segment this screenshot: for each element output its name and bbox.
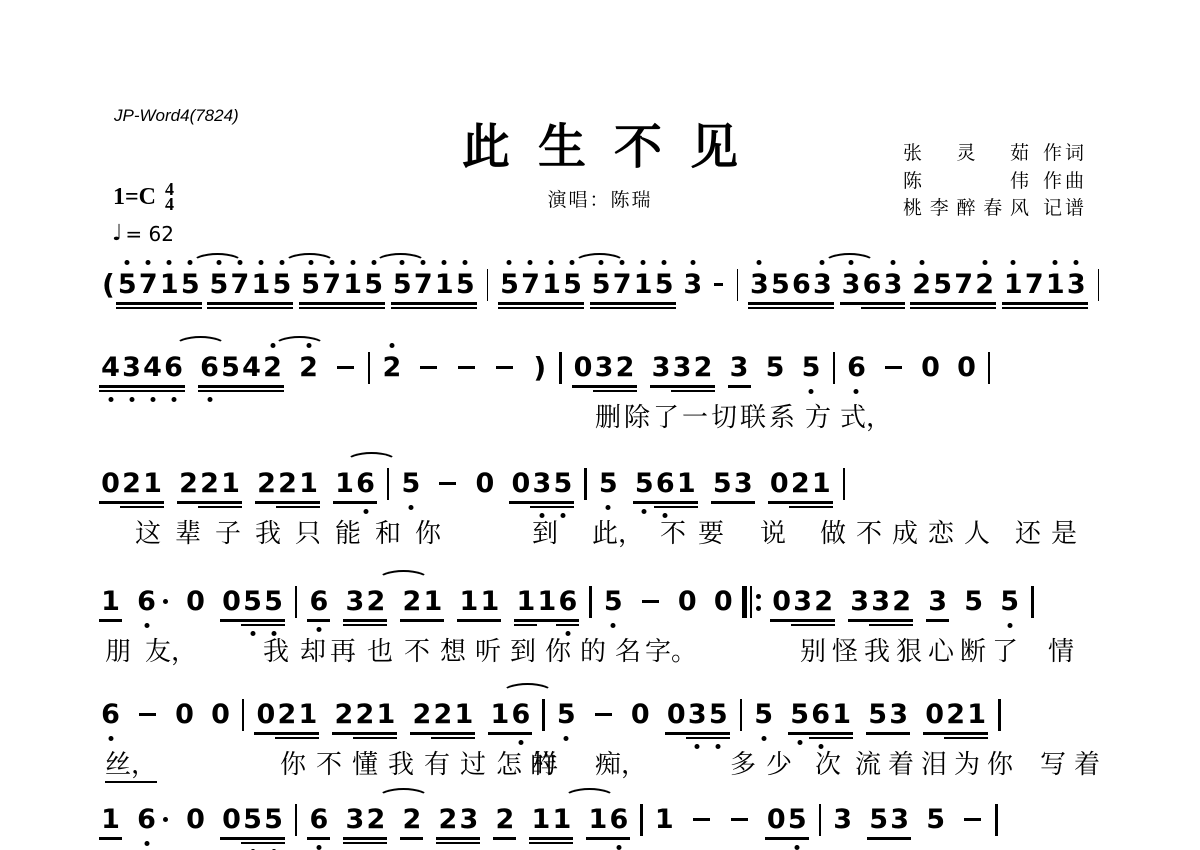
note-digit: 0 [101,468,120,499]
key-tonic: 1=C [113,184,156,211]
note: 3 [888,698,909,731]
lyric-segment: 字。 [645,631,697,668]
beam-line [219,385,242,387]
beam-line [297,501,320,503]
beam-line [748,307,771,309]
note-digit: 3 [734,468,753,499]
note: 1 [541,268,562,301]
beam-line [207,302,230,304]
note-digit: 3 [750,269,769,300]
beam-line [412,307,435,309]
beam-line [158,307,181,309]
lyric-segment: 也 [367,631,393,668]
beam-line [686,737,709,739]
beam-line [769,307,792,309]
lyric-segment: 丝， [105,744,157,783]
note: 7 [321,268,342,301]
octave-dot-below [761,736,766,741]
note-digit: 1 [812,468,831,499]
note: 2 [813,585,834,618]
note-digit: 2 [277,699,296,730]
note-digit: 4 [101,352,120,383]
note-digit: 1 [299,468,318,499]
tempo-value: = 62 [125,222,174,246]
beam-line [364,624,387,626]
note: 1 [250,268,271,301]
tempo-marking: ♩ = 62 [112,221,174,246]
note-digit: 1 [160,269,179,300]
octave-dot-above [329,260,334,265]
note-digit: 5 [557,699,576,730]
note-digit: 7 [954,269,973,300]
note-digit: 3 [683,269,702,300]
note: 2 [121,467,142,500]
beam-line [551,506,574,508]
octave-dot-above [442,260,447,265]
note-digit: 5 [754,699,773,730]
beam-group: 021 [769,467,832,500]
note-digit: 0 [770,468,789,499]
beam-line [198,501,221,503]
beam-line [116,302,139,304]
note-digit: 5 [243,586,262,617]
beam-line [789,501,812,503]
note: 5 [208,268,229,301]
note-digit: 5 [273,269,292,300]
beam-line [431,737,454,739]
beam-line [686,732,709,734]
octave-dot-below [408,505,413,510]
beam-line [198,385,221,387]
key-signature: 1=C 4 4 [113,182,174,212]
note-digit: 0 [222,586,241,617]
beam-line [671,390,694,392]
note-digit: 6 [863,269,882,300]
note-digit: 7 [322,269,341,300]
beam-line [550,842,573,844]
lyric-segment: 说 [760,513,786,550]
beam-line [452,737,475,739]
beam-line [692,385,715,387]
note: 5 [242,803,263,836]
beam-group: 116 [515,585,578,618]
beam-line [593,390,616,392]
note: 3 [812,268,833,301]
note: 5 [263,803,284,836]
beam-line [812,624,835,626]
note: 4 [241,351,262,384]
beam-line [410,732,433,734]
lyric-segment: 式， [840,397,892,434]
beam-line [137,307,160,309]
beam-group: 11 [530,803,572,836]
note: 7 [229,268,250,301]
note: 1 [458,585,479,618]
lyric-segment: 不 [404,631,430,668]
beam-line [867,837,890,839]
note-digit: 0 [211,699,230,730]
beam-line [952,302,975,304]
beam-group: 221 [256,467,319,500]
note: 5 [712,467,733,500]
beam-group: 035 [510,467,573,500]
beam-line [572,385,595,387]
note-digit: 2 [495,804,514,835]
beam-line [341,307,364,309]
beam-line [343,837,366,839]
note: 2 [494,803,515,836]
beam-line [530,501,553,503]
composer-name: 陈伟 [903,168,1029,196]
beam-group: 53 [867,698,909,731]
note: 2 [615,351,636,384]
beam-line [120,390,143,392]
beam-line [890,624,913,626]
note-digit: 3 [345,586,364,617]
note: 5 [634,467,655,500]
lyric-segment: 朋 [105,631,131,668]
beam-line [550,837,573,839]
beam-line [220,837,243,839]
beam-group: 21 [401,585,443,618]
dash-note [458,366,475,369]
beam-line [887,732,910,734]
beam-line [454,307,477,309]
note: 5 [868,803,889,836]
note-digit: 5 [788,804,807,835]
lyric-segment: 再 [330,631,356,668]
beam-line [923,732,946,734]
beam-group: 4346 [100,351,184,384]
beam-line [333,501,356,503]
beam-line [654,501,677,503]
augmentation-dot [163,817,168,822]
note: 3 [889,803,910,836]
octave-dot-above [528,260,533,265]
note: 5 [242,585,263,618]
transcriber-name: 桃李醉春风 [903,195,1029,223]
note-digit: 2 [366,804,385,835]
note-digit: 3 [673,352,692,383]
dash-note [642,600,659,603]
octave-dot-above [891,260,896,265]
beam-line [433,307,456,309]
barline [1031,586,1033,618]
note: 5 [400,467,421,500]
beam-line [869,624,892,626]
note: 1 [633,268,654,301]
beam-group: 032 [771,585,834,618]
notes-line: 0212212211650035556153021 [100,451,1110,500]
beam-line [711,501,734,503]
note-digit: 1 [101,586,120,617]
beam-line [728,385,751,387]
octave-dot-below [854,389,859,394]
beam-group: 021 [100,467,163,500]
beam-group: 11 [458,585,500,618]
beam-line [457,837,480,839]
octave-dot-above [308,260,313,265]
note: 0 [100,467,121,500]
note-digit: 6 [137,586,156,617]
note-digit: 2 [412,699,431,730]
note-digit: 1 [480,586,499,617]
beam-group: 032 [573,351,636,384]
note: 3 [1066,268,1087,301]
barline [998,699,1000,731]
note-digit: 5 [553,468,572,499]
beam-line [861,302,884,304]
note-digit: 5 [210,269,229,300]
dash-note [496,366,513,369]
note-digit: 7 [521,269,540,300]
octave-dot-above [306,343,311,348]
octave-dot-above [641,260,646,265]
note-digit: 1 [143,468,162,499]
barline [387,468,389,500]
note-digit: 3 [532,468,551,499]
note-digit: 3 [889,699,908,730]
note-digit: 5 [563,269,582,300]
beam-line [179,307,202,309]
octave-dot-above [258,260,263,265]
note: 2 [693,351,714,384]
barline [740,699,742,731]
lyric-segment: 流着泪为你 [855,744,1020,781]
beam-line [137,302,160,304]
beam-line [529,837,552,839]
octave-dot-above [919,260,924,265]
note-digit: 3 [688,699,707,730]
note: 0 [510,467,531,500]
note: 1 [453,698,474,731]
note: 2 [401,585,422,618]
note-digit: 2 [402,586,421,617]
beam-line [158,302,181,304]
beam-group: 5715 [499,268,583,301]
note: 3 [870,585,891,618]
note: 1 [1045,268,1066,301]
note-digit: 0 [772,586,791,617]
beam-line [219,506,242,508]
note: 5 [180,268,201,301]
note: 1 [220,467,241,500]
beam-line [454,302,477,304]
beam-group: 16 [587,803,629,836]
beam-line [1002,302,1025,304]
note: 5 [867,698,888,731]
note: 2 [432,698,453,731]
beam-line [556,619,579,621]
beam-line [270,302,293,304]
note: 3 [849,585,870,618]
note: 3 [531,467,552,500]
note-digit: 2 [791,468,810,499]
note-digit: 6 [847,352,866,383]
note-digit: 2 [892,586,911,617]
beam-line [556,624,579,626]
beam-line [220,619,243,621]
note: 3 [792,585,813,618]
beam-line [241,837,264,839]
beam-line [261,390,284,392]
barline [242,699,244,731]
beam-group: 16 [489,698,531,731]
beam-line [768,501,791,503]
note-digit: 1 [516,586,535,617]
beam-line [141,390,164,392]
beam-line [529,842,552,844]
lyric-segment: 此， [592,513,644,550]
note-digit: 2 [912,269,931,300]
note: 1 [587,803,608,836]
beam-line [341,302,364,304]
beam-line [457,619,480,621]
beam-line [320,307,343,309]
note: 2 [256,467,277,500]
note: 5 [999,585,1020,618]
note-digit: 3 [813,269,832,300]
octave-dot-below [795,845,800,850]
beam-line [614,390,637,392]
note-digit: 5 [933,269,952,300]
beam-line [343,619,366,621]
beam-line [551,501,574,503]
octave-dot-above [167,260,172,265]
note-digit: 1 [634,269,653,300]
octave-dot-below [316,845,321,850]
beam-line [952,307,975,309]
beam-line [509,501,532,503]
note: 0 [221,803,242,836]
note-digit: 0 [574,352,593,383]
beam-line [353,732,376,734]
lyrics-line: 这辈子我只能和你到此，不要说做不成恋人还是 [100,513,1110,545]
note-digit: 0 [921,352,940,383]
lyrics-line: 丝，你不懂我有过怎样的痴，多少次流着泪为你写着 [100,744,1110,776]
note: 5 [271,268,292,301]
note-digit: 2 [382,352,401,383]
note-digit: 1 [967,699,986,730]
beam-line [452,732,475,734]
beam-line [141,501,164,503]
beam-group: 6542 [199,351,283,384]
score-row: 160055632223211161053535 [100,787,1110,836]
note-digit: 1 [490,699,509,730]
repeat-dots [756,586,761,618]
barline [995,804,997,836]
note: 7 [138,268,159,301]
octave-dot-below [1007,623,1012,628]
octave-dot-below [606,505,611,510]
beam-line [436,842,459,844]
note: 7 [413,268,434,301]
beam-line [99,837,122,839]
octave-dot-above [662,260,667,265]
beam-line [1044,302,1067,304]
beam-line [116,307,139,309]
octave-dot-below [144,623,149,628]
note: 5 [363,268,384,301]
lyrics-line: 朋友，我却再也不想听到你的名字。别怪我狠心断了情 [100,631,1110,663]
octave-dot-below [616,845,621,850]
note-digit: 1 [335,468,354,499]
lyricist-name: 张灵茹 [903,140,1029,168]
lyricist-role: 作词 [1043,140,1087,168]
note-digit: 6 [137,804,156,835]
note: 1 [1003,268,1024,301]
lyric-segment: 这辈子我只能和你 [135,513,455,550]
beam-line [240,390,263,392]
note: 5 [789,698,810,731]
note-digit: 5 [118,269,137,300]
credit-transcriber: 桃李醉春风 记谱 [903,195,1087,223]
lyrics-line: 删除了一切联系方式， [100,397,1110,429]
octave-dot-above [757,260,762,265]
note-digit: 2 [694,352,713,383]
beam-line [671,385,694,387]
note-digit: 3 [890,804,909,835]
note-digit: 5 [868,699,887,730]
note: 2 [333,698,354,731]
note: 2 [277,467,298,500]
beam-line [1065,307,1088,309]
score-row: 0212212211650035556153021这辈子我只能和你到此，不要说做… [100,451,1110,545]
lyric-segment: 还是 [1015,513,1087,550]
beam-group: 055 [221,803,284,836]
beam-line [665,732,688,734]
note: 4 [142,351,163,384]
note: 0 [185,803,206,836]
note: 2 [276,698,297,731]
barline [1098,269,1099,301]
beam-group: 5715 [300,268,384,301]
repeat-dot [756,606,761,611]
beam-line [261,385,284,387]
beam-line [275,737,298,739]
note-digit: 5 [592,269,611,300]
score-row: 4346654222)032332355600删除了一切联系方式， [100,335,1110,429]
note: 0 [771,585,792,618]
beam-group: 2572 [911,268,995,301]
beam-line [362,302,385,304]
lyric-segment: 不要 [660,513,736,550]
sheet-music-page: { "watermark": "JP-Word4(7824)", "title"… [0,0,1200,850]
beam-line [299,307,322,309]
octave-dot-above [237,260,242,265]
note: 1 [489,698,510,731]
beam-group: 221 [333,698,396,731]
note: 6 [199,351,220,384]
beam-line [561,302,584,304]
beam-line [241,842,264,844]
note: 2 [365,803,386,836]
note: 5 [603,585,624,618]
beam-line [353,737,376,739]
note-digit: 1 [435,269,454,300]
note: 6 [862,268,883,301]
beam-line [769,302,792,304]
beam-group: 332 [651,351,714,384]
note: 1 [100,585,121,618]
note-digit: 3 [459,804,478,835]
note-digit: 3 [730,352,749,383]
beam-line [530,506,553,508]
beam-line [141,506,164,508]
note: 5 [263,585,284,618]
beam-group: 561 [634,467,697,500]
note: 4 [100,351,121,384]
